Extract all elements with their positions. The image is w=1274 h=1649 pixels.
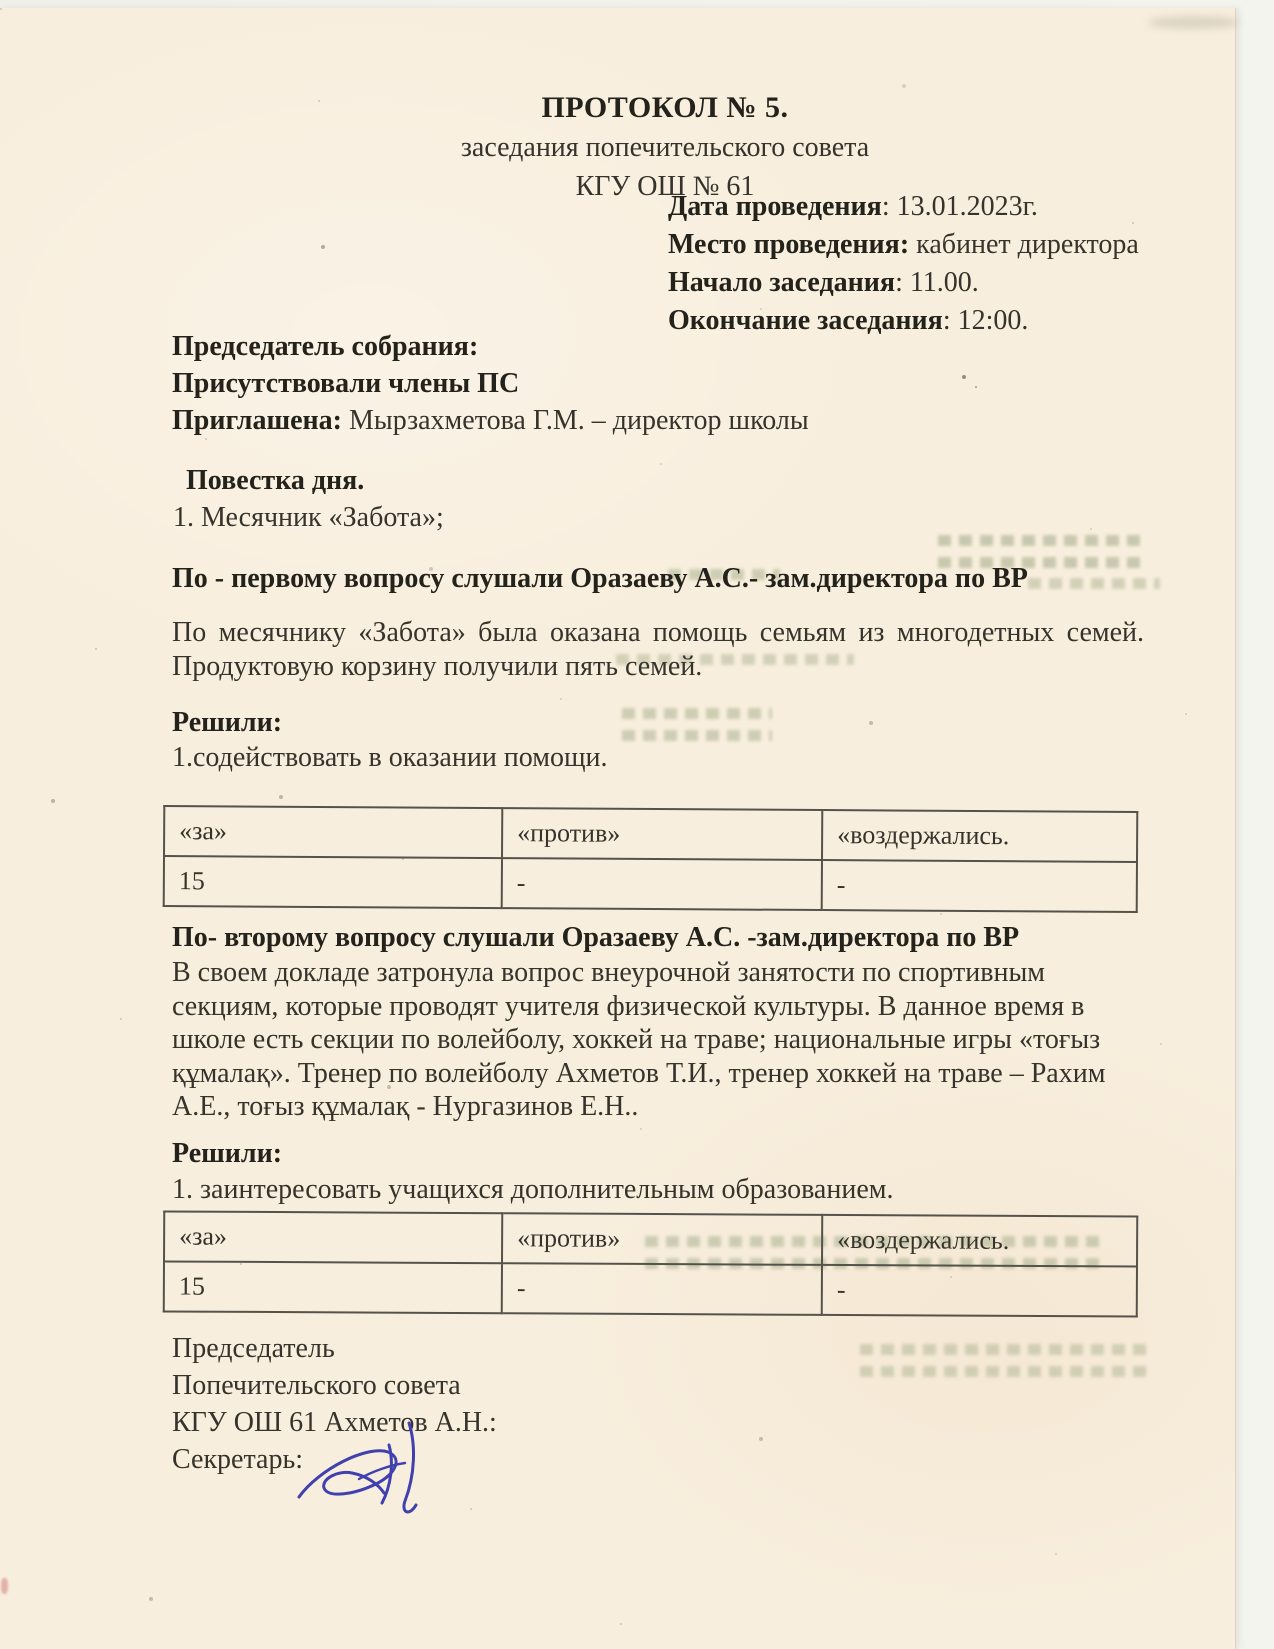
vote-header-for: «за»	[164, 806, 502, 858]
signature-ink	[293, 1413, 448, 1525]
scanned-document: ПРОТОКОЛ № 5. заседания попечительского …	[0, 0, 1274, 1649]
meta-value: : 11.00.	[895, 267, 979, 298]
meta-label: Место проведения:	[668, 229, 909, 260]
vote-value-for: 15	[164, 1261, 502, 1313]
invited-label: Приглашена:	[172, 405, 342, 436]
vote-header-abstained: «воздержались.	[822, 1215, 1137, 1267]
agenda-heading: Повестка дня.	[186, 463, 364, 499]
participants-block: Председатель собрания: Присутствовали чл…	[172, 328, 809, 439]
vote-table-header-row: «за» «против» «воздержались.	[164, 1211, 1137, 1266]
resolution2-item: 1. заинтересовать учащихся дополнительны…	[172, 1172, 893, 1208]
meta-value: кабинет директора	[909, 229, 1139, 260]
question2-body: В своем докладе затронула вопрос внеуроч…	[172, 956, 1150, 1124]
question1-body: По месячнику «Забота» была оказана помощ…	[172, 616, 1144, 684]
vote-table-1: «за» «против» «воздержались. 15 - -	[163, 805, 1139, 913]
chairman-line: Председатель собрания:	[172, 328, 809, 365]
vote-table-value-row: 15 - -	[164, 1261, 1137, 1316]
vote-value-abstained: -	[822, 860, 1137, 912]
resolution1-item: 1.содействовать в оказании помощи.	[172, 740, 608, 776]
question1-heading: По - первому вопросу слушали Оразаеву А.…	[172, 561, 1162, 597]
resolution1-heading: Решили:	[172, 705, 282, 741]
vote-value-against: -	[502, 858, 822, 910]
vote-table-value-row: 15 - -	[164, 856, 1137, 912]
vote-table-2: «за» «против» «воздержались. 15 - -	[163, 1210, 1139, 1317]
footer-line-council: Попечительского совета	[172, 1367, 497, 1404]
document-title: ПРОТОКОЛ № 5.	[95, 88, 1235, 127]
vote-value-against: -	[502, 1263, 822, 1315]
meeting-meta: Дата проведения: 13.01.2023г. Место пров…	[668, 188, 1139, 340]
vote-value-abstained: -	[822, 1265, 1137, 1317]
question2-heading: По- втором​у вопросу слушали Оразаеву А.…	[172, 920, 1172, 956]
vote-value-for: 15	[164, 856, 502, 908]
document-subtitle: заседания попечительского совета	[95, 130, 1235, 166]
vote-header-for: «за»	[164, 1211, 502, 1263]
vote-table-header-row: «за» «против» «воздержались.	[164, 806, 1137, 862]
vote-header-abstained: «воздержались.	[822, 810, 1137, 862]
agenda-item: 1. Месячник «Забота»;	[173, 500, 444, 536]
meta-value: : 12:00.	[943, 305, 1029, 336]
meta-row-date: Дата проведения: 13.01.2023г.	[668, 188, 1139, 226]
meta-label: Дата проведения	[668, 191, 882, 222]
invited-value: Мырзахметова Г.М. – директор школы	[342, 405, 809, 436]
present-line: Присутствовали члены ПС	[172, 365, 809, 402]
meta-value: : 13.01.2023г.	[882, 191, 1038, 222]
footer-line-chairman: Председатель	[172, 1330, 497, 1367]
paper-sheet: ПРОТОКОЛ № 5. заседания попечительского …	[0, 8, 1236, 1649]
invited-line: Приглашена: Мырзахметова Г.М. – директор…	[172, 402, 809, 439]
meta-label: Начало заседания	[668, 267, 895, 298]
meta-row-start: Начало заседания: 11.00.	[668, 264, 1139, 302]
vote-header-against: «против»	[502, 808, 822, 860]
meta-row-place: Место проведения: кабинет директора	[668, 226, 1139, 264]
resolution2-heading: Решили:	[172, 1136, 282, 1172]
vote-header-against: «против»	[502, 1213, 822, 1265]
